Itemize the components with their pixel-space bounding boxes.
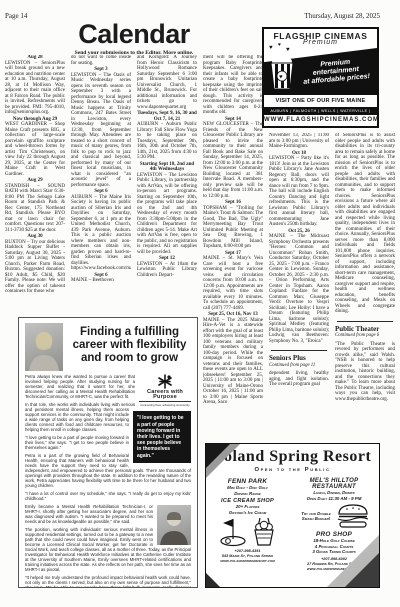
calendar-entry-text: MAINE – The Midcoast Symphony Orchestra … xyxy=(269,234,329,344)
calendar-entry-text: MAINE – St. Mary's Vein Care will host a… xyxy=(203,256,263,311)
calendar-entry: Now through Aug 29 WEST GARDINER – Shop … xyxy=(5,117,65,178)
calendar-column-2: do not want to come inside for seating. … xyxy=(71,55,131,303)
calendar-column-5-entries: November 13, 2025 | 11:00 am to 3:00 pm … xyxy=(269,133,329,344)
seniors-plus-continued-section: Seniors Plus Continued from page 11 depe… xyxy=(269,350,329,388)
calendar-entry-text: AUBURN - Auburn Public Library: Fall Slo… xyxy=(137,122,197,161)
calendar-column-6-entries: of SeniorsPlus is to assist older people… xyxy=(335,133,395,315)
article-body: Careers with Purpose Connecting lives, a… xyxy=(25,374,191,588)
calendar-column-1: Aug 28 LEWISTON – SeniorsPlus will break… xyxy=(5,55,65,303)
calendar-entry: Aug 29 STANDISH – SOUND BATH with Marci … xyxy=(5,178,65,233)
svg-text:♥: ♥ xyxy=(279,75,283,81)
poland-spring-resort-ad: Poland Spring Resort Open to the Public … xyxy=(205,443,380,588)
calendar-entry-text: LEWISTON – The Lewiston Public Library, … xyxy=(137,173,197,256)
calendar-column-3: and Korngold: A Journey from Heroic Clas… xyxy=(137,55,197,303)
calendar-entry: Sept 14 NEW GLOUCESTER – The Friends of … xyxy=(203,117,263,200)
flagship-visit-line: VISIT ONE OF OUR FIVE MAINE LOCATIONS! xyxy=(264,95,377,107)
mels-line: Open Daily 11:30 AM - 9 PM xyxy=(289,496,379,502)
calendar-entry: Sept 6 AUBURN – The Maine Iris Society i… xyxy=(71,189,131,272)
pull-quote-box: "I love getting to be a part of people m… xyxy=(133,411,191,462)
calendar-column-4: ment will be offering the program Baby F… xyxy=(203,55,263,438)
public-theater-text: "The Public Theatre is revered by perfor… xyxy=(335,342,395,403)
ice-cream-line: Gifford's Ice Cream xyxy=(206,510,289,516)
calendar-entry: and Korngold: A Journey from Heroic Clas… xyxy=(137,55,197,110)
page-number: Page 14 xyxy=(5,12,27,20)
calendar-entry-text: November 13, 2025 | 11:00 am to 3:00 pm … xyxy=(269,133,329,150)
calendar-entry: Starting Sept 10, 2nd and 4th Wednesdays… xyxy=(137,162,197,256)
calendar-column-5: November 13, 2025 | 11:00 am to 3:00 pm … xyxy=(269,133,329,438)
calendar-entry: ment will be offering the program Baby F… xyxy=(203,55,263,116)
calendar-entry: Aug 30 BUXTON – Try our delicious Haddoc… xyxy=(5,234,65,295)
fenn-park-line: Driving Range xyxy=(206,491,289,497)
poland-ad-subtitle: Open to the Public xyxy=(206,467,379,473)
calendar-masthead: Calendar Send your submissions to the Ed… xyxy=(58,20,210,56)
calendar-entry-date: Sept 25, Oct 16, Nov 13 xyxy=(203,312,263,318)
calendar-title: Calendar xyxy=(58,20,210,48)
flagship-website: WWW.FLAGSHIPCINEMAS.COM xyxy=(264,115,377,126)
fenn-park-website: www.polandspringresort.com xyxy=(206,559,289,564)
logo-tagline: Connecting lives, advancing community xyxy=(139,401,191,408)
calendar-entry-date: Tuesdays, Sept 9, 16, 30 and Oct 7, 14, … xyxy=(137,111,197,122)
calendar-entry: Oct 25, 26 MAINE – The Midcoast Symphony… xyxy=(269,229,329,345)
mini-golf-icon xyxy=(219,517,249,547)
public-theater-subheading: Continued from page 6 xyxy=(335,333,395,339)
seniors-plus-heading: Seniors Plus xyxy=(269,356,329,362)
page-date: Thursday, August 28, 2025 xyxy=(304,12,380,20)
person-silhouette-icon xyxy=(25,323,63,371)
popcorn-bucket-icon: ♥ ♥ ♥ ♥ ♥ ♥ ♥ xyxy=(266,41,300,93)
person-silhouette-icon xyxy=(157,505,191,545)
flagship-cinemas-ad: FLAGSHIP CINEMAS Premium Premium enterta… xyxy=(262,27,379,128)
calendar-entry-text: and Korngold: A Journey from Heroic Clas… xyxy=(137,55,197,110)
newspaper-page: Page 14 Thursday, August 28, 2025 Calend… xyxy=(0,0,400,607)
calendar-entry: do not want to come inside for seating. xyxy=(71,55,131,66)
fenn-park-heading: FENN PARK xyxy=(206,478,289,485)
continued-article-body: of SeniorsPlus is to assist older people… xyxy=(335,133,395,315)
calendar-entry: Sept 3 LEWISTON – The Oasis of Music Wed… xyxy=(71,67,131,188)
careers-with-purpose-logo: Careers with Purpose Connecting lives, a… xyxy=(139,374,191,408)
calendar-entry-text: LEWISTON – SeniorsPlus will break ground… xyxy=(5,61,65,116)
article-paragraph: "I have a lot of control over my schedul… xyxy=(25,491,191,501)
article-title: Finding a fulfilling career with flexibi… xyxy=(68,323,191,371)
calendar-entry-text: MAINE – The 2025 Maine Hire-A-Vet is a s… xyxy=(203,318,263,406)
page-header: Page 14 Thursday, August 28, 2025 xyxy=(5,12,380,20)
calendar-entry-text: TOPSHAM – "Trolling for Maine's Trout & … xyxy=(203,206,263,250)
logo-name: Careers with Purpose xyxy=(139,390,191,400)
golf-and-icecream-illustration xyxy=(206,517,289,547)
calendar-entry: Sept 16 TOPSHAM – "Trolling for Maine's … xyxy=(203,200,263,250)
calendar-entry-text: BUXTON – Try our delicious Haddock Suppe… xyxy=(5,240,65,295)
continued-article-text: of SeniorsPlus is to assist older people… xyxy=(335,133,395,315)
calendar-entry-text: STANDISH – SOUND BATH with Marci Starr 6… xyxy=(5,184,65,234)
article-header: Finding a fulfilling career with flexibi… xyxy=(25,323,191,371)
svg-text:♥: ♥ xyxy=(286,47,290,53)
calendar-entry-text: LEWISTON – At 10am the Lewiston Public L… xyxy=(137,262,197,279)
fenn-park-contact: +207-998-4351 543 Maine St, Poland Sprin… xyxy=(206,549,289,564)
burger-icon xyxy=(336,503,370,529)
calendar-entry-text: NEW GLOUCESTER – The Friends of the New … xyxy=(203,122,263,199)
calendar-entry-text: ment will be offering the program Baby F… xyxy=(203,55,263,116)
calendar-entry: Aug 28 LEWISTON – SeniorsPlus will break… xyxy=(5,55,65,116)
svg-text:♥: ♥ xyxy=(281,49,284,54)
calendar-entry-text: WEST GARDINER – Shop Maine Craft present… xyxy=(5,122,65,177)
calendar-entry: November 13, 2025 | 11:00 am to 3:00 pm … xyxy=(269,133,329,150)
calendar-entry-text: LEWISTON – Party like it's 1813! Join us… xyxy=(269,156,329,228)
calendar-entry-date: Starting Sept 10, 2nd and 4th Wednesdays xyxy=(137,162,197,173)
mels-heading: MEL'S HILLTOP RESTAURANT xyxy=(289,478,379,490)
burger-line1: Try our Double xyxy=(301,511,331,516)
burger-line2: Smash Burger! xyxy=(302,516,330,521)
public-theater-heading: Public Theater xyxy=(335,327,395,333)
pro-shop-heading: PRO SHOP xyxy=(289,531,379,538)
calendar-entry: Sept 17 MAINE – St. Mary's Vein Care wil… xyxy=(203,251,263,312)
article-photo-emily xyxy=(157,505,191,545)
starburst-icon xyxy=(157,374,173,389)
flagship-slogan: Premium entertainment at affordable pric… xyxy=(297,57,375,88)
calendar-entry-text: LEWISTON – The Oasis of Music Wednesday … xyxy=(71,73,131,189)
calendar-entry: Sept 6 MAINE – Beethoven xyxy=(71,273,131,284)
svg-text:♥: ♥ xyxy=(269,45,273,51)
calendar-entry-text: AUBURN – The Maine Iris Society is havin… xyxy=(71,195,131,272)
calendar-entry: Sept 12 LEWISTON – At 10am the Lewiston … xyxy=(137,256,197,278)
section-divider xyxy=(271,350,327,351)
calendar-entry: Tuesdays, Sept 9, 16, 30 and Oct 7, 14, … xyxy=(137,111,197,161)
flagship-locations-line: AUBURN | FALMOUTH | WELLS | WATERVILLE |… xyxy=(264,107,377,115)
corner-triangle xyxy=(206,573,220,587)
poland-ad-columns: FENN PARK Mini Golf - Disc Golf Driving … xyxy=(206,476,379,572)
seniors-plus-subheading: Continued from page 11 xyxy=(269,363,329,369)
svg-text:♥: ♥ xyxy=(274,51,277,56)
calendar-entry-text: MAINE – Beethoven xyxy=(71,278,131,284)
burger-promo: Try our Double Smash Burger! xyxy=(289,503,379,529)
seniors-plus-text: dependent living, healthy aging, and fig… xyxy=(269,371,329,388)
feature-article-box: Finding a fulfilling career with flexibi… xyxy=(18,317,198,588)
section-divider xyxy=(337,321,393,322)
calendar-entry-text: do not want to come inside for seating. xyxy=(71,55,131,66)
article-paragraph: "It helped me truly understand the profo… xyxy=(25,575,191,588)
svg-text:♥: ♥ xyxy=(278,42,281,48)
poland-ad-left-column: FENN PARK Mini Golf - Disc Golf Driving … xyxy=(206,476,289,572)
public-theater-continued-section: Public Theater Continued from page 6 "Th… xyxy=(335,321,395,403)
calendar-column-6: of SeniorsPlus is to assist older people… xyxy=(335,133,395,438)
burger-promo-text: Try our Double Smash Burger! xyxy=(298,511,334,522)
calendar-entry: Oct 18 LEWISTON – Party like it's 1813! … xyxy=(269,151,329,228)
calendar-entry: Sept 25, Oct 16, Nov 13 MAINE – The 2025… xyxy=(203,312,263,406)
ice-cream-icon xyxy=(252,517,276,547)
article-photo-petra xyxy=(25,323,63,371)
